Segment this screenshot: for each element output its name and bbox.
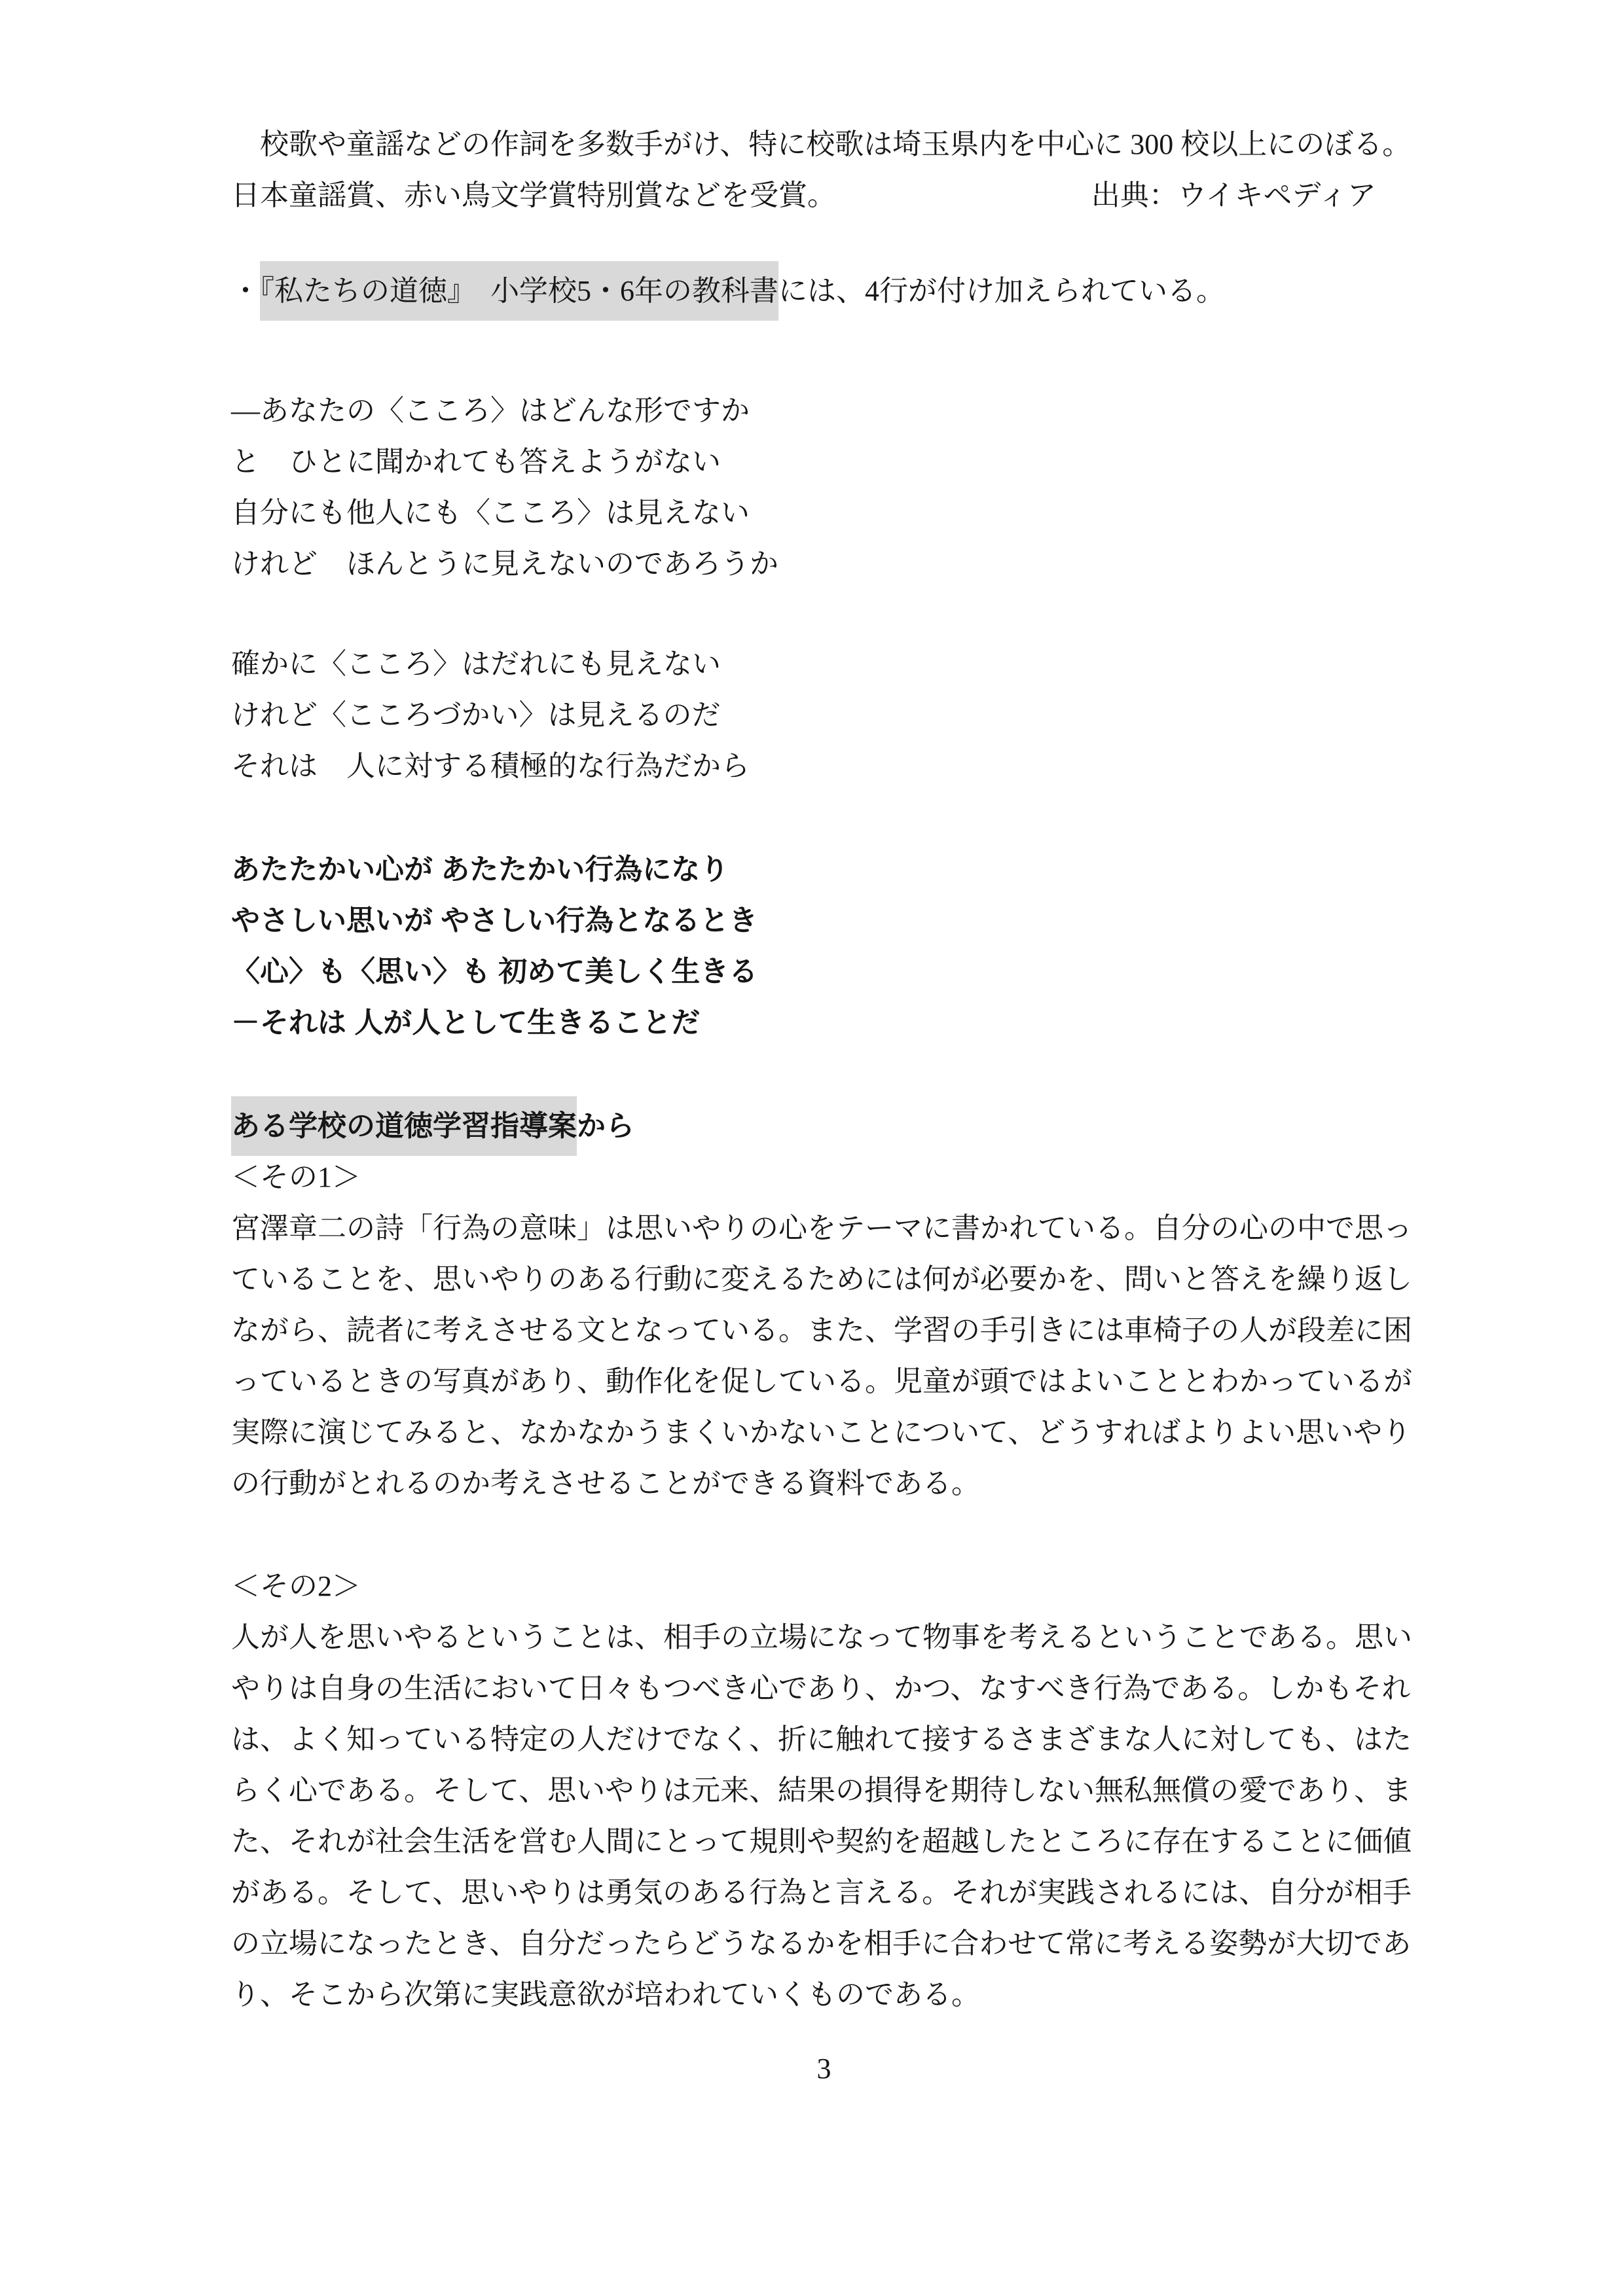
paragraph-line: らく心である。そして、思いやりは元来、結果の損得を期待しない無私無償の愛であり、… xyxy=(231,1765,1417,1816)
poem-stanza-1: ―あなたの〈こころ〉はどんな形ですか と ひとに聞かれても答えようがない 自分に… xyxy=(231,386,1417,590)
textbook-note: ・『私たちの道徳』 小学校5・6年の教科書には、4行が付け加えられている。 xyxy=(231,266,1417,317)
poem-line: 自分にも他人にも〈こころ〉は見えない xyxy=(231,488,1417,539)
poem-bold-line: あたたかい心が あたたかい行為になり xyxy=(231,844,1417,895)
paragraph-line: 人が人を思いやるということは、相手の立場になって物事を考えるということである。思… xyxy=(231,1612,1417,1663)
paragraph-line: り、そこから次第に実践意欲が培われていくものである。 xyxy=(231,1969,1417,2020)
paragraph-line: 宮澤章二の詩「行為の意味」は思いやりの心をテーマに書かれている。自分の心の中で思… xyxy=(231,1203,1417,1254)
paragraph-line: ていることを、思いやりのある行動に変えるためには何が必要かを、問いと答えを繰り返… xyxy=(231,1254,1417,1305)
heading-rest: から xyxy=(577,1110,634,1142)
poem-bold-line: 〈心〉も〈思い〉も 初めて美しく生きる xyxy=(231,946,1417,997)
note-bullet: ・ xyxy=(231,275,260,307)
poem-line: ―あなたの〈こころ〉はどんな形ですか xyxy=(231,386,1417,437)
section-1-paragraph: 宮澤章二の詩「行為の意味」は思いやりの心をテーマに書かれている。自分の心の中で思… xyxy=(231,1203,1417,1509)
intro-paragraph: 校歌や童謡などの作詞を多数手がけ、特に校歌は埼玉県内を中心に 300 校以上にの… xyxy=(231,119,1417,221)
document-page: 校歌や童謡などの作詞を多数手がけ、特に校歌は埼玉県内を中心に 300 校以上にの… xyxy=(0,0,1623,2296)
poem-stanza-2: 確かに〈こころ〉はだれにも見えない けれど〈こころづかい〉は見えるのだ それは … xyxy=(231,639,1417,792)
poem-bold-line: －それは 人が人として生きることだ xyxy=(231,997,1417,1049)
page-number: 3 xyxy=(231,2043,1417,2094)
source-label: 出典：ウイキペディア xyxy=(1091,170,1376,221)
paragraph-line: やりは自身の生活において日々もつべき心であり、かつ、なすべき行為である。しかもそ… xyxy=(231,1663,1417,1714)
paragraph-line: の立場になったとき、自分だったらどうなるかを相手に合わせて常に考える姿勢が大切で… xyxy=(231,1918,1417,1969)
paragraph-line: 実際に演じてみると、なかなかうまくいかないことについて、どうすればよりよい思いや… xyxy=(231,1407,1417,1458)
poem-line: それは 人に対する積極的な行為だから xyxy=(231,741,1417,792)
note-rest: には、4行が付け加えられている。 xyxy=(778,275,1225,307)
heading-highlight: ある学校の道徳学習指導案 xyxy=(231,1096,577,1156)
note-highlight: 『私たちの道徳』 小学校5・6年の教科書 xyxy=(260,261,778,321)
paragraph-line: ながら、読者に考えさせる文となっている。また、学習の手引きには車椅子の人が段差に… xyxy=(231,1305,1417,1356)
lesson-plan-heading: ある学校の道徳学習指導案から xyxy=(231,1101,1417,1152)
section-2-title: ＜その2＞ xyxy=(231,1561,1417,1612)
poem-line: 確かに〈こころ〉はだれにも見えない xyxy=(231,639,1417,690)
section-1-title: ＜その1＞ xyxy=(231,1152,1417,1203)
intro-line-2: 日本童謡賞、赤い鳥文学賞特別賞などを受賞。 出典：ウイキペディア xyxy=(231,170,1417,221)
awards-text: 日本童謡賞、赤い鳥文学賞特別賞などを受賞。 xyxy=(231,170,836,221)
poem-line: と ひとに聞かれても答えようがない xyxy=(231,437,1417,488)
intro-line-1: 校歌や童謡などの作詞を多数手がけ、特に校歌は埼玉県内を中心に 300 校以上にの… xyxy=(231,119,1417,170)
poem-bold-line: やさしい思いが やさしい行為となるとき xyxy=(231,895,1417,946)
poem-line: けれど ほんとうに見えないのであろうか xyxy=(231,539,1417,590)
section-2-paragraph: 人が人を思いやるということは、相手の立場になって物事を考えるということである。思… xyxy=(231,1612,1417,2020)
paragraph-line: の行動がとれるのか考えさせることができる資料である。 xyxy=(231,1458,1417,1509)
paragraph-line: た、それが社会生活を営む人間にとって規則や契約を超越したところに存在することに価… xyxy=(231,1816,1417,1867)
poem-line: けれど〈こころづかい〉は見えるのだ xyxy=(231,690,1417,741)
paragraph-line: っているときの写真があり、動作化を促している。児童が頭ではよいこととわかっている… xyxy=(231,1356,1417,1407)
poem-stanza-3-bold: あたたかい心が あたたかい行為になり やさしい思いが やさしい行為となるとき 〈… xyxy=(231,844,1417,1049)
paragraph-line: は、よく知っている特定の人だけでなく、折に触れて接するさまざまな人に対しても、は… xyxy=(231,1714,1417,1765)
paragraph-line: がある。そして、思いやりは勇気のある行為と言える。それが実践されるには、自分が相… xyxy=(231,1867,1417,1918)
